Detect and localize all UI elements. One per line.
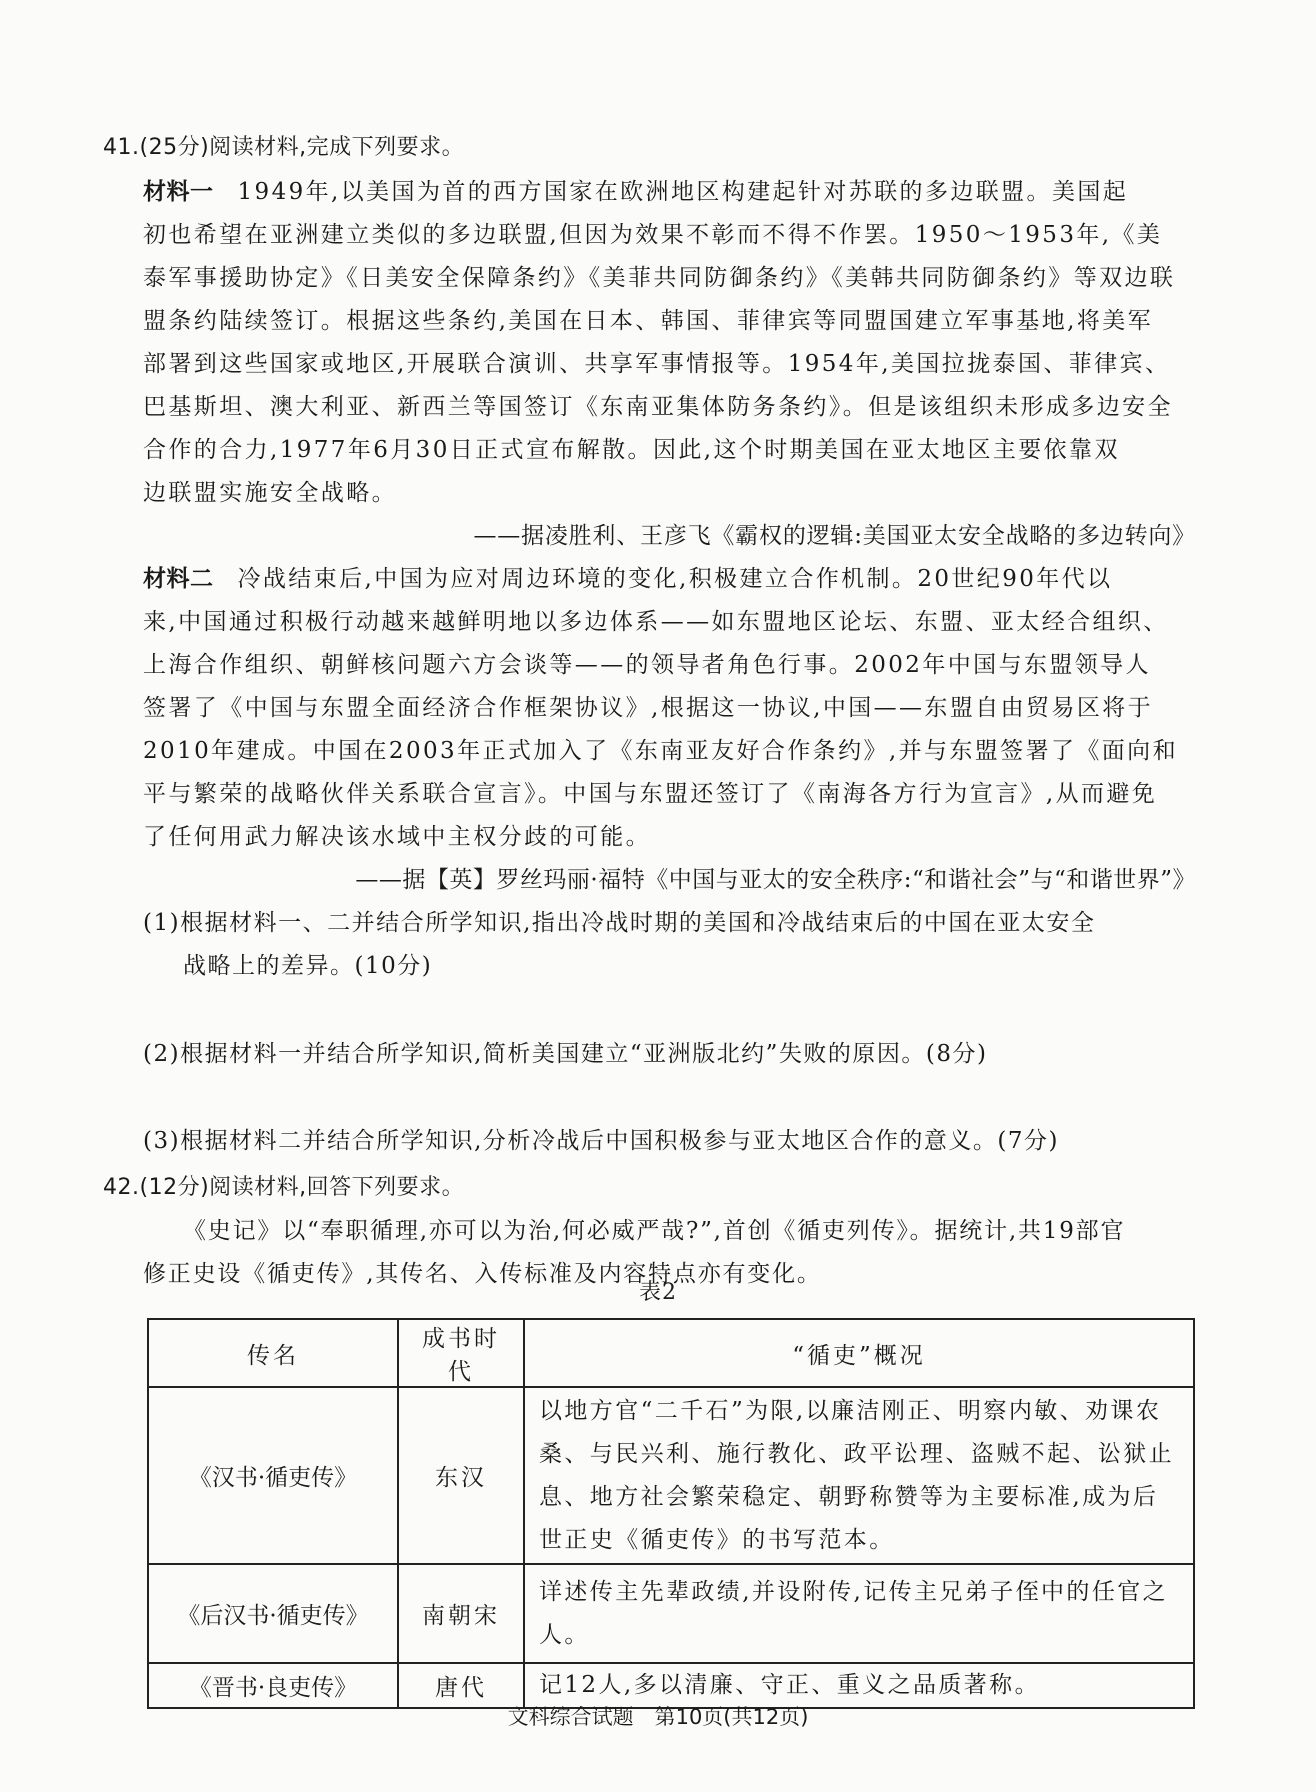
material2-label: 材料二 [143,565,214,592]
material2-line-3: 签署了《中国与东盟全面经济合作框架协议》,根据这一协议,中国——东盟自由贸易区将… [143,693,1153,723]
material1-label: 材料一 [143,178,214,205]
table-cell-era: 南朝宋 [398,1564,524,1663]
table-row: 《汉书·循吏传》 东汉 以地方官“二千石”为限,以廉洁刚正、明察内敏、劝课农桑、… [148,1387,1194,1564]
table-cell-summary: 详述传主先辈政绩,并设附传,记传主兄弟子侄中的任官之人。 [524,1564,1194,1663]
material2-line-0: 材料二冷战结束后,中国为应对周边环境的变化,积极建立合作机制。20世纪90年代以 [143,564,1112,594]
table-row: 《后汉书·循吏传》 南朝宋 详述传主先辈政绩,并设附传,记传主兄弟子侄中的任官之… [148,1564,1194,1663]
material1-source: ——据凌胜利、王彦飞《霸权的逻辑:美国亚太安全战略的多边转向》 [473,521,1196,551]
q42-intro-line-1: 《史记》以“奉职循理,亦可以为治,何必威严哉?”,首创《循吏列传》。据统计,共1… [183,1216,1125,1246]
table-header-era: 成书时代 [398,1319,524,1387]
material2-line-6: 了任何用武力解决该水域中主权分歧的可能。 [143,822,651,852]
material2-line-5: 平与繁荣的战略伙伴关系联合宣言》。中国与东盟还签订了《南海各方行为宣言》,从而避… [143,779,1157,809]
history-table: 传名 成书时代 “循吏”概况 《汉书·循吏传》 东汉 以地方官“二千石”为限,以… [147,1318,1195,1709]
table-header-name: 传名 [148,1319,398,1387]
material1-line-3: 盟条约陆续签订。根据这些条约,美国在日本、韩国、菲律宾等同盟国建立军事基地,将美… [143,306,1153,336]
table-caption: 表2 [0,1278,1316,1308]
material1-line-2: 泰军事援助协定》《日美安全保障条约》《美菲共同防御条约》《美韩共同防御条约》等双… [143,263,1175,293]
table-header-row: 传名 成书时代 “循吏”概况 [148,1319,1194,1387]
material1-line-4: 部署到这些国家或地区,开展联合演训、共享军事情报等。1954年,美国拉拢泰国、菲… [143,349,1170,379]
material2-line-2: 上海合作组织、朝鲜核问题六方会谈等——的领导者角色行事。2002年中国与东盟领导… [143,650,1151,680]
material2-line-1: 来,中国通过积极行动越来越鲜明地以多边体系——如东盟地区论坛、东盟、亚太经合组织… [143,607,1169,637]
q42-title: 42.(12分)阅读材料,回答下列要求。 [103,1173,464,1203]
material1-line-5: 巴基斯坦、澳大利亚、新西兰等国签订《东南亚集体防务条约》。但是该组织未形成多边安… [143,392,1173,422]
table-header-summary: “循吏”概况 [524,1319,1194,1387]
material2-line-4: 2010年建成。中国在2003年正式加入了《东南亚友好合作条约》,并与东盟签署了… [143,736,1178,766]
material1-line-7: 边联盟实施安全战略。 [143,478,397,508]
q41-sub1-line-1: (1)根据材料一、二并结合所学知识,指出冷战时期的美国和冷战结束后的中国在亚太安… [143,908,1095,938]
page-footer: 文科综合试题 第10页(共12页) [0,1701,1316,1731]
q41-sub3: (3)根据材料二并结合所学知识,分析冷战后中国积极参与亚太地区合作的意义。(7分… [143,1126,1059,1156]
material1-line-0: 材料一1949年,以美国为首的西方国家在欧洲地区构建起针对苏联的多边联盟。美国起 [143,177,1189,207]
table-cell-name: 《后汉书·循吏传》 [148,1564,398,1663]
table-cell-name: 《汉书·循吏传》 [148,1387,398,1564]
q41-title: 41.(25分)阅读材料,完成下列要求。 [103,133,464,163]
q41-sub1-line-2: 战略上的差异。(10分) [183,951,432,981]
material1-line-6: 合作的合力,1977年6月30日正式宣布解散。因此,这个时期美国在亚太地区主要依… [143,435,1120,465]
material1-line-1: 初也希望在亚洲建立类似的多边联盟,但因为效果不彰而不得不作罢。1950～1953… [143,220,1162,250]
q41-sub2: (2)根据材料一并结合所学知识,简析美国建立“亚洲版北约”失败的原因。(8分) [143,1039,988,1069]
table-cell-summary: 以地方官“二千石”为限,以廉洁刚正、明察内敏、劝课农桑、与民兴利、施行教化、政平… [524,1387,1194,1564]
material2-source: ——据【英】罗丝玛丽·福特《中国与亚太的安全秩序:“和谐社会”与“和谐世界”》 [355,865,1196,895]
table-cell-era: 东汉 [398,1387,524,1564]
